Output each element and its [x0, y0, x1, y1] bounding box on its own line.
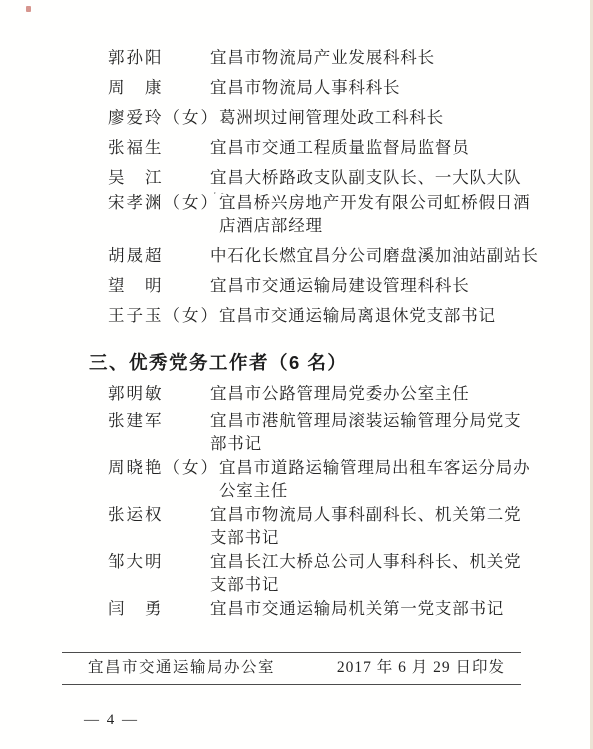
section-heading: 三、优秀党务工作者（6 名） — [89, 350, 544, 376]
person-title: 宜昌市物流局人事科科长 — [210, 76, 544, 99]
person-title: 宜昌市道路运输管理局出租车客运分局办公室主任 — [219, 456, 544, 502]
award-entry-row: 吴 江宜昌大桥路政支队副支队长、一大队大队长 — [89, 166, 544, 194]
person-title: 宜昌市港航管理局滚装运输管理分局党支部书记 — [210, 409, 544, 455]
title-line: 宜昌市交通运输局建设管理科科长 — [210, 274, 544, 297]
person-title: 宜昌市物流局产业发展科科长 — [210, 46, 544, 69]
person-name: 张福生 — [108, 136, 210, 159]
person-name: 王子玉（女） — [108, 304, 219, 327]
title-line: 长 — [210, 189, 544, 194]
person-title: 中石化长燃宜昌分公司磨盘溪加油站副站长 — [210, 244, 544, 267]
person-name: 胡晟超 — [108, 244, 210, 267]
award-entry-row: 闫 勇宜昌市交通运输局机关第一党支部书记 — [89, 597, 544, 620]
title-line: 宜昌市交通运输局离退休党支部书记 — [219, 304, 544, 327]
title-line: 葛洲坝过闸管理处政工科科长 — [219, 106, 544, 129]
person-name: 宋孝渊（女） — [108, 191, 219, 237]
award-entry-row: 张运权宜昌市物流局人事科副科长、机关第二党支部书记 — [89, 503, 544, 549]
title-line: 宜昌市交通运输局机关第一党支部书记 — [210, 597, 544, 620]
person-title: 宜昌桥兴房地产开发有限公司虹桥假日酒店酒店部经理 — [219, 191, 544, 237]
title-line: 宜昌市物流局产业发展科科长 — [210, 46, 544, 69]
title-line: 店酒店部经理 — [219, 214, 544, 237]
title-line: 宜昌大桥路政支队副支队长、一大队大队 — [210, 166, 544, 189]
person-title: 葛洲坝过闸管理处政工科科长 — [219, 106, 544, 129]
award-entry-row: 胡晟超中石化长燃宜昌分公司磨盘溪加油站副站长 — [89, 244, 544, 267]
footer-issuer: 宜昌市交通运输局办公室 — [62, 658, 275, 678]
person-name: 张运权 — [108, 503, 210, 549]
award-entry-row: 周 康宜昌市物流局人事科科长 — [89, 76, 544, 99]
person-title: 宜昌市交通运输局建设管理科科长 — [210, 274, 544, 297]
footer-print-date: 2017 年 6 月 29 日印发 — [337, 658, 521, 678]
award-entry-row: 廖爱玲（女）葛洲坝过闸管理处政工科科长 — [89, 106, 544, 129]
person-name: 望 明 — [108, 274, 210, 297]
person-name: 闫 勇 — [108, 597, 210, 620]
title-line: 宜昌桥兴房地产开发有限公司虹桥假日酒 — [219, 191, 544, 214]
document-page: 郭孙阳宜昌市物流局产业发展科科长周 康宜昌市物流局人事科科长廖爱玲（女）葛洲坝过… — [0, 0, 593, 749]
title-line: 宜昌市道路运输管理局出租车客运分局办 — [219, 456, 544, 479]
person-name: 周晓艳（女） — [108, 456, 219, 502]
title-line: 中石化长燃宜昌分公司磨盘溪加油站副站长 — [210, 244, 544, 267]
title-line: 支部书记 — [210, 573, 544, 596]
award-entry-row: 宋孝渊（女）宜昌桥兴房地产开发有限公司虹桥假日酒店酒店部经理 — [89, 191, 544, 237]
title-line: 宜昌市港航管理局滚装运输管理分局党支 — [210, 409, 544, 432]
person-title: 宜昌市交通工程质量监督局监督员 — [210, 136, 544, 159]
award-section-with-heading: 三、优秀党务工作者（6 名）郭明敏宜昌市公路管理局党委办公室主任张建军宜昌市港航… — [89, 350, 544, 620]
person-title: 宜昌市公路管理局党委办公室主任 — [210, 382, 544, 405]
person-title: 宜昌市交通运输局机关第一党支部书记 — [210, 597, 544, 620]
title-line: 宜昌市物流局人事科科长 — [210, 76, 544, 99]
person-title: 宜昌长江大桥总公司人事科科长、机关党支部书记 — [210, 550, 544, 596]
page-number: — 4 — — [84, 712, 139, 729]
title-line: 支部书记 — [210, 526, 544, 549]
award-entry-row: 郭明敏宜昌市公路管理局党委办公室主任 — [89, 382, 544, 405]
title-line: 宜昌市交通工程质量监督局监督员 — [210, 136, 544, 159]
footer: 宜昌市交通运输局办公室 2017 年 6 月 29 日印发 — [62, 658, 521, 678]
person-name: 邹大明 — [108, 550, 210, 596]
award-entry-row: 张福生宜昌市交通工程质量监督局监督员 — [89, 136, 544, 159]
award-entry-row: 周晓艳（女）宜昌市道路运输管理局出租车客运分局办公室主任 — [89, 456, 544, 502]
person-name: 廖爱玲（女） — [108, 106, 219, 129]
title-line: 公室主任 — [219, 479, 544, 502]
award-entry-row: 邹大明宜昌长江大桥总公司人事科科长、机关党支部书记 — [89, 550, 544, 596]
person-title: 宜昌市物流局人事科副科长、机关第二党支部书记 — [210, 503, 544, 549]
footer-bottom-rule — [62, 684, 521, 685]
title-line: 宜昌市公路管理局党委办公室主任 — [210, 382, 544, 405]
person-name: 郭孙阳 — [108, 46, 210, 69]
person-name: 郭明敏 — [108, 382, 210, 405]
title-line: 宜昌市物流局人事科副科长、机关第二党 — [210, 503, 544, 526]
award-entry-row: 郭孙阳宜昌市物流局产业发展科科长 — [89, 46, 544, 69]
scan-artifact-mark — [26, 6, 31, 12]
title-line: 宜昌长江大桥总公司人事科科长、机关党 — [210, 550, 544, 573]
person-title: 宜昌市交通运输局离退休党支部书记 — [219, 304, 544, 327]
award-entry-row: 望 明宜昌市交通运输局建设管理科科长 — [89, 274, 544, 297]
document-body: 郭孙阳宜昌市物流局产业发展科科长周 康宜昌市物流局人事科科长廖爱玲（女）葛洲坝过… — [89, 46, 544, 624]
footer-top-rule — [62, 652, 521, 653]
person-name: 张建军 — [108, 409, 210, 455]
title-line: 部书记 — [210, 432, 544, 455]
person-title: 宜昌大桥路政支队副支队长、一大队大队长 — [210, 166, 544, 194]
award-entry-row: 王子玉（女）宜昌市交通运输局离退休党支部书记 — [89, 304, 544, 327]
award-section: 郭孙阳宜昌市物流局产业发展科科长周 康宜昌市物流局人事科科长廖爱玲（女）葛洲坝过… — [89, 46, 544, 327]
award-entry-row: 张建军宜昌市港航管理局滚装运输管理分局党支部书记 — [89, 409, 544, 455]
person-name: 吴 江 — [108, 166, 210, 194]
person-name: 周 康 — [108, 76, 210, 99]
